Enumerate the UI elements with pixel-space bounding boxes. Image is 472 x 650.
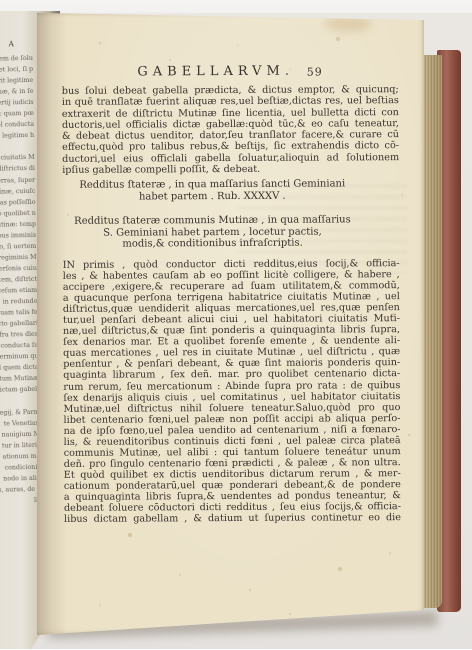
text-line: nauigium M xyxy=(0,428,40,440)
paragraph-gabella-praedicta: bus ſolui debeat gabella prædicta, & dic… xyxy=(62,84,399,176)
text-line: lutinæ, cuiuſc xyxy=(0,185,35,197)
paragraph-in-primis: IN primis , quòd conductor dicti redditu… xyxy=(63,258,401,525)
text-line: ictam gabell xyxy=(0,384,39,396)
text-line: o legitime h xyxy=(0,130,34,142)
text-line: Redditus ſtateræ communis Mutinæ , in qu… xyxy=(50,214,374,227)
printed-text-block: GABELLARVM. 59 bus ſolui debeat gabella … xyxy=(35,11,425,637)
text-line: l terras, ſuper xyxy=(0,174,35,186)
text-line: lis xyxy=(0,495,41,507)
photo-background: A donem de ſoludicet loci, ſi pſerit leg… xyxy=(0,0,472,649)
text-line: ductori,uel eius officlali gabella ſolua… xyxy=(62,152,399,165)
text-line: modis,& conditionibus infraſcriptis. xyxy=(51,237,375,250)
text-line: el diſtrictus di xyxy=(0,163,35,175)
section-heading: Redditus ſtateræ communis Mutinæ , in qu… xyxy=(50,214,374,250)
book-page: GABELLARVM. 59 bus ſolui debeat gabella … xyxy=(37,12,424,636)
signature-mark: A xyxy=(8,39,14,48)
text-line: habet partem . Rub. XXXXV . xyxy=(50,190,374,203)
text-line: libus dictam gabellam , & datium ut ſupe… xyxy=(64,512,401,525)
text-line: Redditus ſtateræ , in qua maſſarius ſanc… xyxy=(50,178,374,191)
text-line: te Venetian xyxy=(0,417,40,429)
running-header: GABELLARVM. xyxy=(62,63,370,80)
page-number: 59 xyxy=(307,66,323,79)
text-line: Regij, & Parm xyxy=(0,406,40,418)
text-line: ipſius gabellæ compelli poſſit, & debeat… xyxy=(62,163,399,176)
rubric-heading: Redditus ſtateræ , in qua maſſarius ſanc… xyxy=(50,178,374,203)
